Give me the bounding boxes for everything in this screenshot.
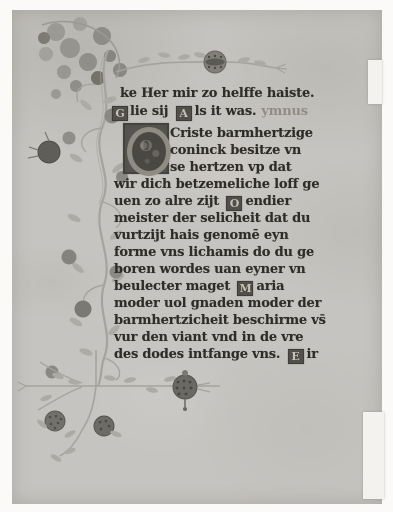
inline-initial-e: E [288, 349, 304, 364]
text-line-14: barmhertzicheit beschirme vs̄ [114, 312, 326, 329]
text-line-2: Glie sij Als it was.ymnus [112, 103, 308, 121]
text-line-10: forme vns lichamis do du ge [114, 244, 314, 261]
text-line-7b: endier [245, 194, 291, 209]
text-line-15: vur den viant vnd in de vre [114, 329, 303, 346]
paper-tab-bottom-right [363, 412, 384, 499]
text-line-11: boren wordes uan eyner vn [114, 261, 306, 278]
text-line-3: Criste barmhertzige [170, 125, 313, 142]
illuminated-initial-block: O [123, 123, 169, 174]
inline-initial-o: O [226, 196, 242, 211]
text-line-8: meister der selicheit dat du [114, 210, 310, 227]
inline-initial-a: A [176, 106, 192, 121]
text-line-4: coninck besitze vn [170, 142, 301, 159]
text-line-12b: aria [256, 279, 284, 294]
rubric-ymnus: ymnus [261, 104, 308, 119]
inline-initial-m: M [237, 281, 253, 296]
text-line-16: des dodes intfange vns. Eir [114, 346, 318, 364]
paper-tab-top-right [368, 60, 382, 104]
top-rosette [204, 51, 226, 73]
text-line-9: vurtzijt hais genomē eyn [114, 227, 289, 244]
text-line-5: se hertzen vp dat [170, 159, 292, 176]
text-line-7a: uen zo alre zijt [114, 194, 219, 209]
text-line-7: uen zo alre zijt Oendier [114, 193, 291, 211]
initial-letter: O [123, 137, 169, 155]
text-line-2b: ls it was. [195, 104, 257, 119]
text-line-16b: ir [307, 347, 318, 362]
bottom-rosette [173, 370, 210, 411]
text-line-16a: des dodes intfange vns. [114, 347, 280, 362]
text-line-12: beulecter maget Maria [114, 278, 284, 296]
manuscript-photo: O ke Her mir zo helffe haiste. Glie sij … [12, 10, 382, 504]
text-line-1: ke Her mir zo helffe haiste. [120, 85, 314, 102]
bottom-fruits [36, 411, 123, 463]
vine-fruits [28, 109, 128, 379]
text-line-12a: beulecter maget [114, 279, 230, 294]
inline-initial-g: G [112, 106, 128, 121]
screenshot-root: { "photo": { "kind": "grayscale photogra… [0, 0, 393, 512]
text-line-6: wir dich betzemeliche loff ge [114, 176, 319, 193]
top-spray [116, 51, 287, 73]
text-line-2a: lie sij [130, 104, 168, 119]
text-line-13: moder uol gnaden moder der [114, 295, 321, 312]
